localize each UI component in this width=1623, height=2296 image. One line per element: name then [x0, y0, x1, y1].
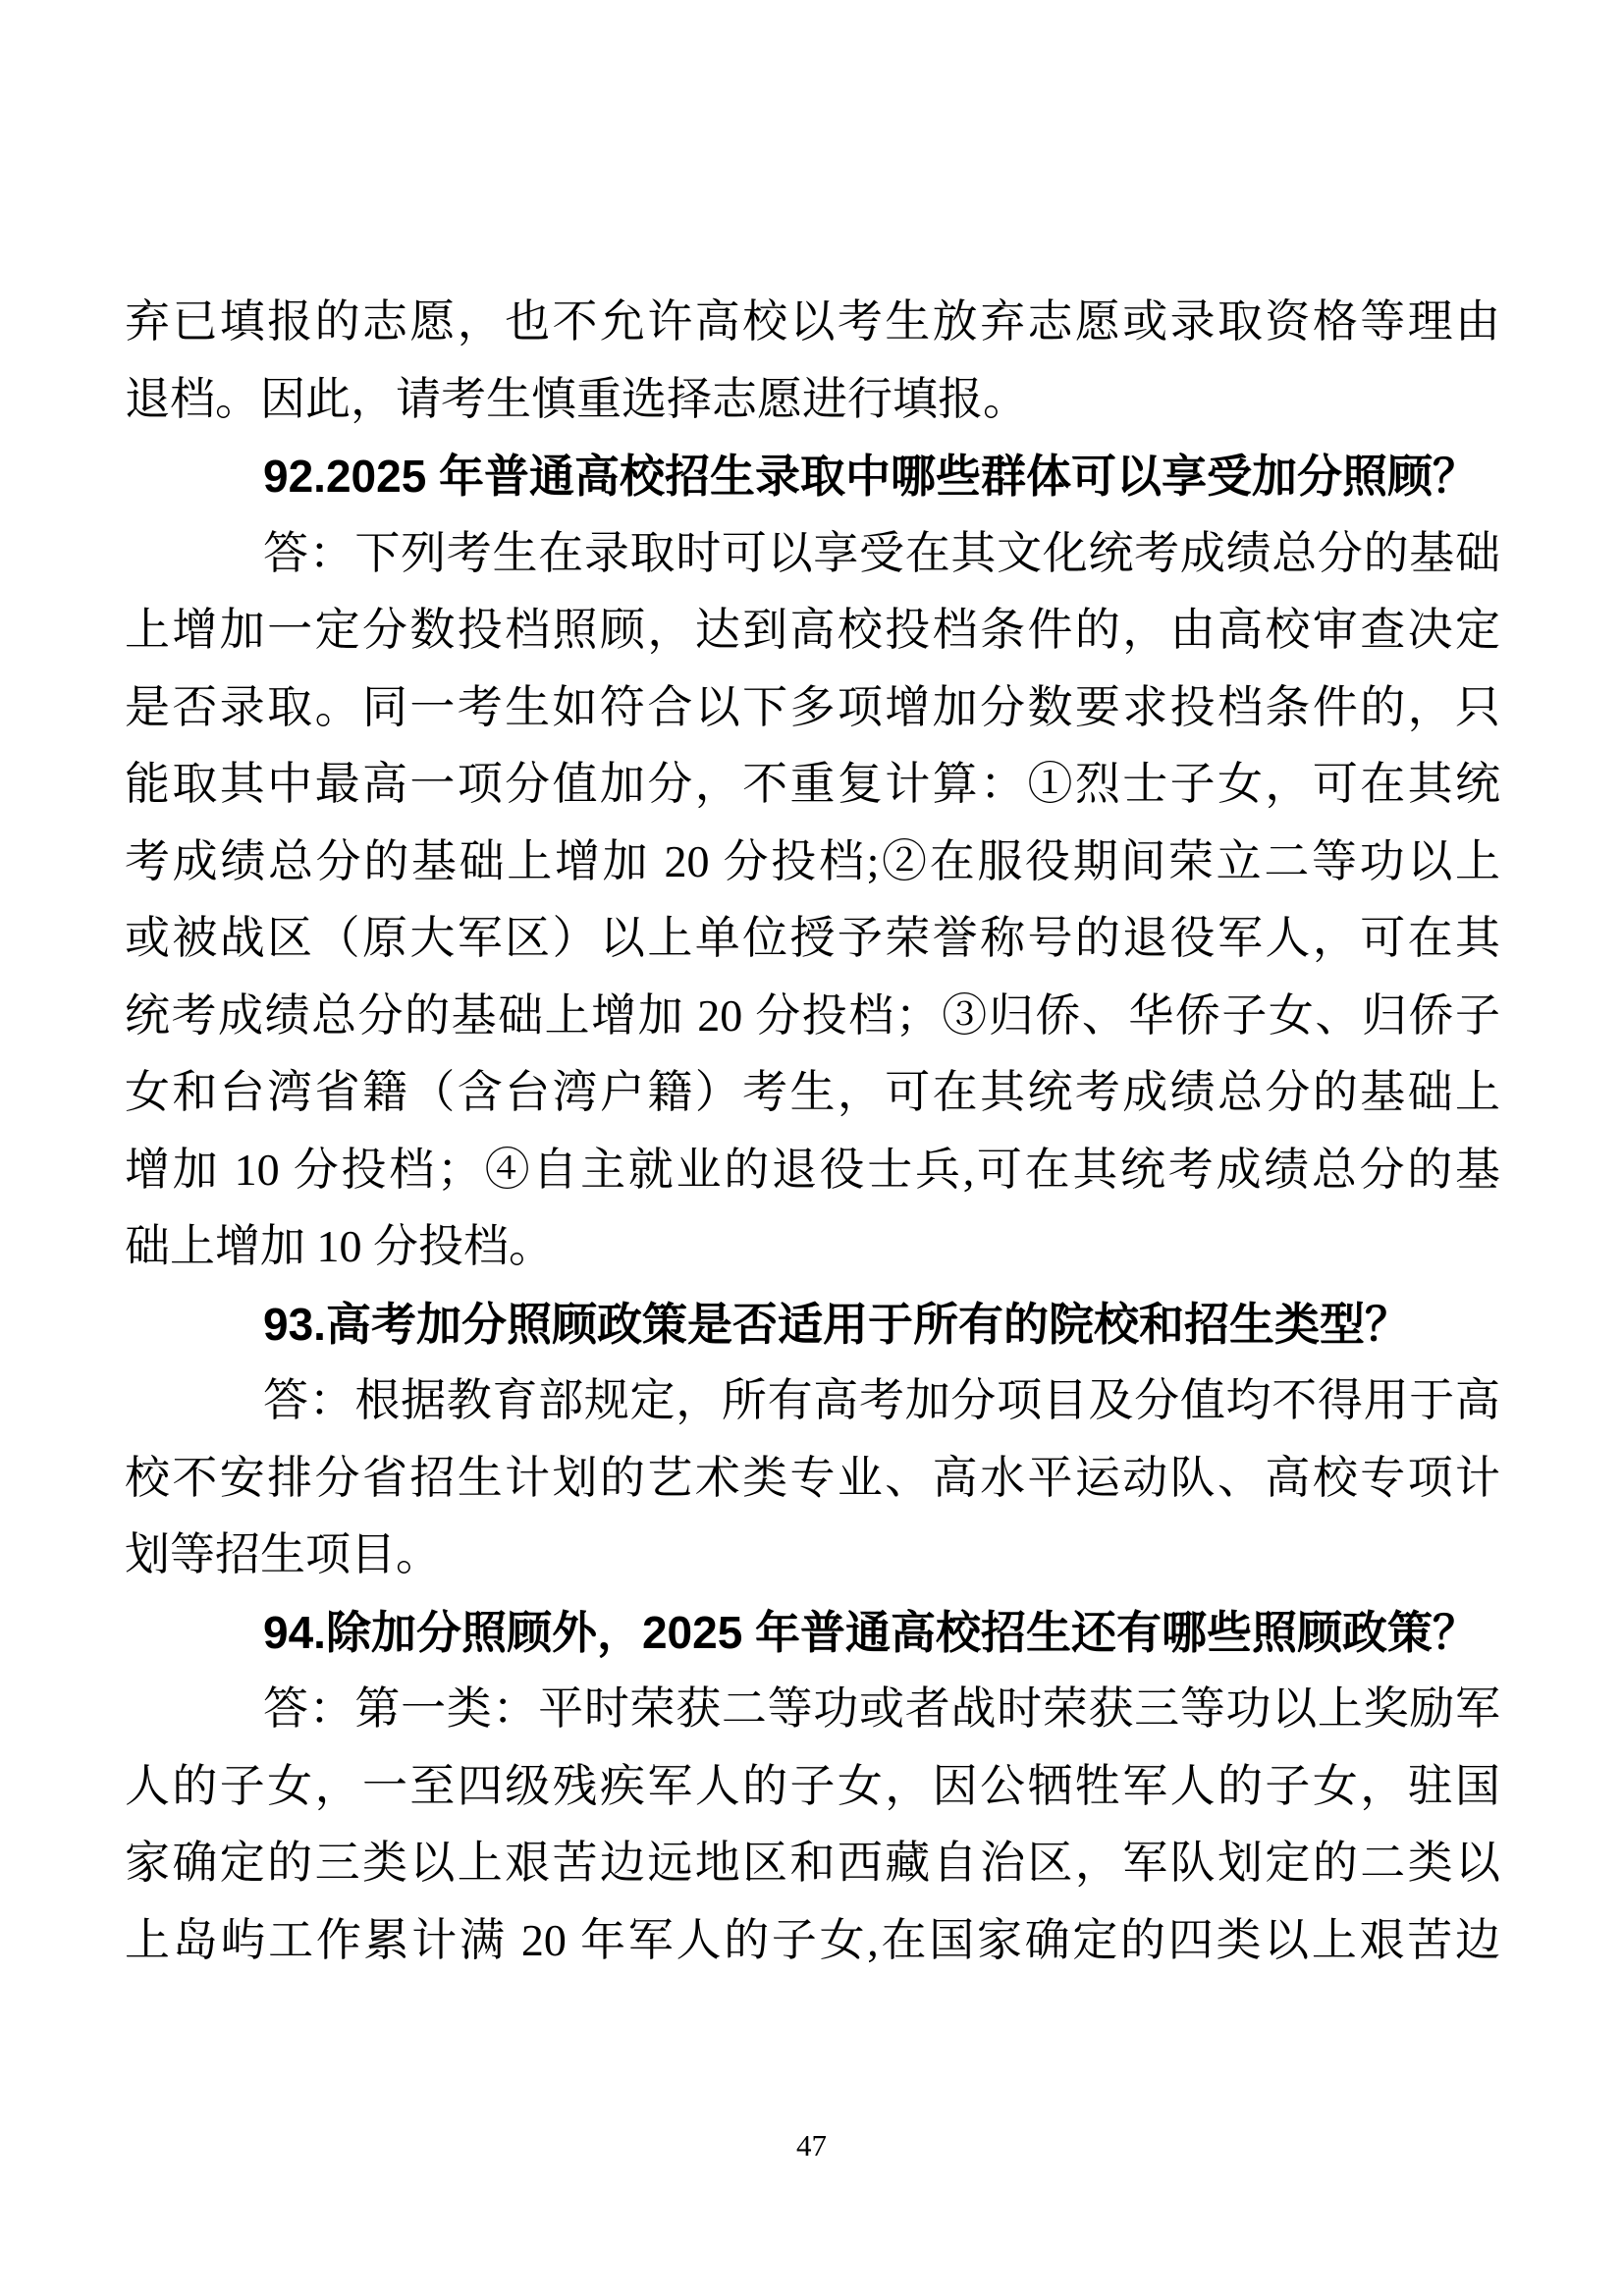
question-heading: 92.2025 年普通高校招生录取中哪些群体可以享受加分照顾？	[125, 438, 1500, 515]
document-page: 弃已填报的志愿，也不允许高校以考生放弃志愿或录取资格等理由退档。因此，请考生慎重…	[0, 0, 1623, 2296]
text-line: 家确定的三类以上艰苦边远地区和西藏自治区，军队划定的二类以	[125, 1825, 1500, 1902]
text-line: 退档。因此，请考生慎重选择志愿进行填报。	[125, 361, 1500, 439]
text-line: 能取其中最高一项分值加分，不重复计算：①烈士子女，可在其统	[125, 746, 1500, 824]
text-line: 女和台湾省籍（含台湾户籍）考生，可在其统考成绩总分的基础上	[125, 1054, 1500, 1132]
text-line: 础上增加 10 分投档。	[125, 1208, 1500, 1286]
text-line: 上岛屿工作累计满 20 年军人的子女,在国家确定的四类以上艰苦边	[125, 1902, 1500, 1980]
question-heading: 93.高考加分照顾政策是否适用于所有的院校和招生类型？	[125, 1286, 1500, 1363]
text-line: 答：根据教育部规定，所有高考加分项目及分值均不得用于高	[125, 1362, 1500, 1440]
text-line: 弃已填报的志愿，也不允许高校以考生放弃志愿或录取资格等理由	[125, 284, 1500, 361]
text-line: 校不安排分省招生计划的艺术类专业、高水平运动队、高校专项计	[125, 1440, 1500, 1518]
text-line: 答：第一类：平时荣获二等功或者战时荣获三等功以上奖励军	[125, 1671, 1500, 1748]
text-line: 人的子女，一至四级残疾军人的子女，因公牺牲军人的子女，驻国	[125, 1748, 1500, 1826]
text-line: 考成绩总分的基础上增加 20 分投档;②在服役期间荣立二等功以上	[125, 824, 1500, 901]
text-line: 上增加一定分数投档照顾，达到高校投档条件的，由高校审查决定	[125, 592, 1500, 669]
question-heading: 94.除加分照顾外，2025 年普通高校招生还有哪些照顾政策？	[125, 1594, 1500, 1672]
page-number: 47	[0, 2128, 1623, 2163]
text-line: 是否录取。同一考生如符合以下多项增加分数要求投档条件的，只	[125, 669, 1500, 747]
document-body: 弃已填报的志愿，也不允许高校以考生放弃志愿或录取资格等理由退档。因此，请考生慎重…	[125, 284, 1500, 1979]
text-line: 划等招生项目。	[125, 1517, 1500, 1594]
text-line: 答：下列考生在录取时可以享受在其文化统考成绩总分的基础	[125, 515, 1500, 593]
text-line: 增加 10 分投档；④自主就业的退役士兵,可在其统考成绩总分的基	[125, 1132, 1500, 1209]
text-line: 或被战区（原大军区）以上单位授予荣誉称号的退役军人，可在其	[125, 900, 1500, 978]
text-line: 统考成绩总分的基础上增加 20 分投档；③归侨、华侨子女、归侨子	[125, 978, 1500, 1055]
